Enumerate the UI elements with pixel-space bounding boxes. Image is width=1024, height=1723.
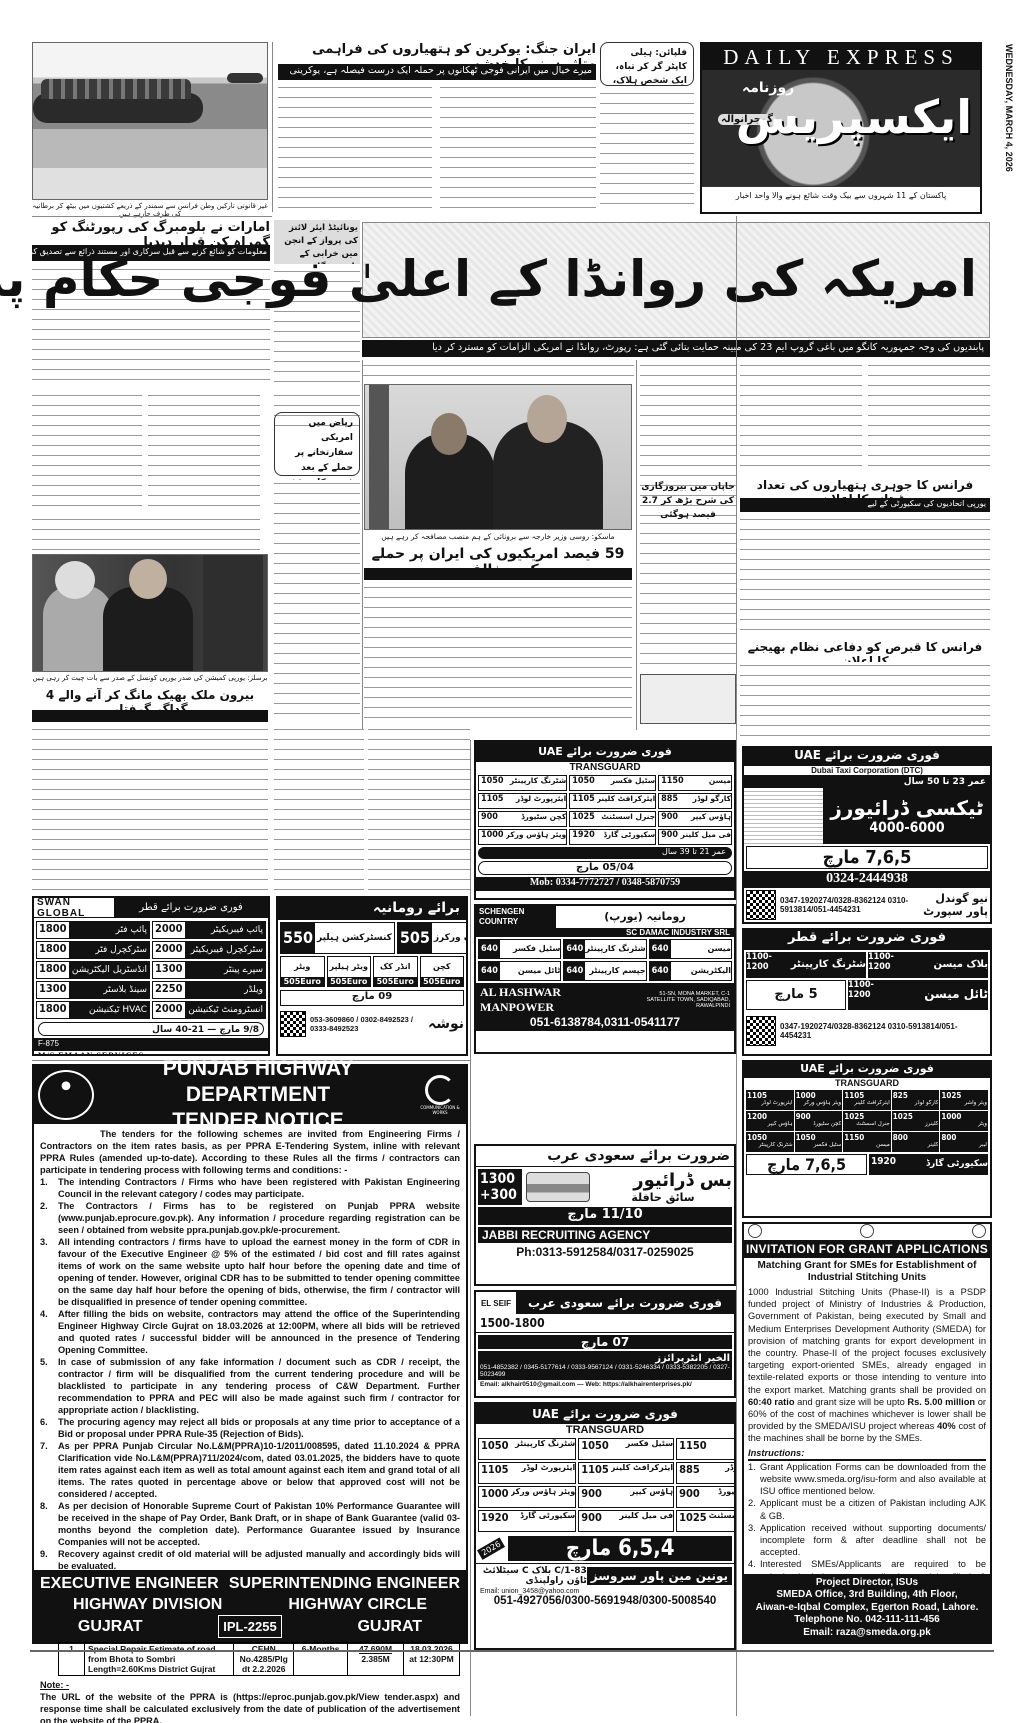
schengen-job: 640ٹائل میسن [478,961,561,981]
alseif-interview: 07 مارچ [478,1335,732,1349]
qr-code-icon [280,1011,306,1037]
schengen-job: 640الیکٹریشن [649,961,732,981]
romania-job: 550 کنسٹرکشن ہیلپر [280,922,395,954]
transguard-mid-job: 1150میسن [658,775,732,791]
dtc-interview: 7,6,5 مارچ [746,846,988,869]
swan-job: 1800HVAC ٹیکنیشن [36,1001,150,1019]
transguard-bottom-phones: 051-4927056/0300-5691948/0300-5008540 [476,1595,734,1607]
tender-intro: The tenders for the following schemes ar… [40,1128,460,1176]
tender-condition: 3.All intending contractors / firms have… [40,1236,460,1308]
swan-job: 2250ویلڈر [152,981,266,999]
tender-note-label: Note: - [40,1679,460,1691]
romania-phones: 053-3609860 / 0302-8492523 / 0333-849252… [310,1015,424,1033]
tender-footer-left-2: HIGHWAY DIVISION [73,1594,222,1615]
romania-footer: 053-3609860 / 0302-8492523 / 0333-849252… [278,1009,466,1039]
moody-story-box [640,674,736,724]
transguard-right-job: 1105ایئرپورٹ لوڈر [746,1090,794,1110]
tender-condition: 1.The intending Contractors / Firms who … [40,1176,460,1200]
transguard-bottom-job: 1000ویئر ہاؤس ورکر [478,1486,576,1508]
transguard-right-job: 900کچن سٹیورڈ [795,1111,843,1131]
romania-agency: نوشہ [428,1016,464,1032]
schengen-agency: AL HASHWAR MANPOWER [480,985,633,1015]
japan-story-headline: جاپان میں بیروزگاری کی شرح بڑھ کر 2.7 فی… [640,480,736,522]
ad-transguard-right: فوری ضرورت برائے UAE TRANSGUARD 1105ایئر… [742,1060,992,1218]
qatar-job: 1100-1200شٹرنگ کارپینٹر [746,952,866,978]
schengen-company: SC DAMAC INDUSTRY SRL [476,928,734,937]
romania-title: برائے رومانیہ [278,898,466,920]
tender-footer-left-3: GUJRAT [78,1616,143,1637]
france-story-sub: یورپی اتحادیوں کی سکیورٹی کے لیے [740,498,990,512]
saudi-bus-phones: Ph:0313-5912584/0317-0259025 [476,1245,734,1259]
ad-transguard-mid: فوری ضرورت برائے UAE TRANSGUARD 1050شٹرن… [474,740,736,900]
boat-photo [32,42,268,200]
transguard-mid-job: 1000ویئر ہاؤس ورکر [478,829,567,845]
transguard-right-job: 1025جنرل اسسٹنٹ [843,1111,891,1131]
transguard-mid-mobile: Mob: 0334-7772727 / 0348-5870759 [476,877,734,891]
tender-notice: PUNJAB HIGHWAY DEPARTMENT TENDER NOTICE … [32,1064,468,1644]
qatar-job: 1100-1200بلاک میسن [868,952,988,978]
transguard-bottom-year: 2026 [477,1537,505,1560]
transguard-bottom-job: 1105ایئرکرافٹ کلینر [578,1462,674,1484]
transguard-mid-company: TRANSGUARD [476,762,734,773]
isu-logo-icon [972,1224,986,1238]
brussels-photo-caption: برسلز: یورپی کمیشن کی صدر یورپی کونسل کے… [32,674,268,682]
tender-footer-right-1: SUPERINTENDING ENGINEER [229,1573,460,1594]
transguard-mid-job: 1105ایئرکرافٹ کلینر [569,793,656,809]
top-story-subhead: میرے خیال میں ایرانی فوجی ٹھکانوں پر حمل… [278,64,596,80]
dtc-title: فوری ضرورت برائے UAE [744,748,990,766]
transguard-mid-job: 1105ایئرپورٹ لوڈر [478,793,567,809]
transguard-mid-age: عمر 21 تا 39 سال [478,847,732,859]
tender-header: PUNJAB HIGHWAY DEPARTMENT TENDER NOTICE … [34,1066,466,1124]
ad-alseif: EL SEIF فوری ضرورت برائے سعودی عرب 1500-… [474,1290,736,1398]
dtc-contacts: 0347-1920274/0328-8362124 0310-5913814/0… [780,896,914,914]
poll-story-subhead [364,568,632,580]
romania-interview: 09 مارچ [280,990,464,1006]
smeda-logo-icon [860,1224,874,1238]
tender-condition: 2.The Contractors / Firms has to be regi… [40,1200,460,1236]
tender-condition: 8.As per decision of Honorable Supreme C… [40,1500,460,1548]
dtc-role: ٹیکسی ڈرائیورز [824,796,990,820]
smeda-contact: Project Director, ISUs SMEDA Office, 3rd… [744,1574,990,1643]
qatar-grid: 1100-1200شٹرنگ کارپینٹر 1100-1200بلاک می… [744,950,990,980]
transguard-mid-title: فوری ضرورت برائے UAE [476,742,734,762]
romania-small-job: ویٹر505Euro [280,956,325,987]
transguard-bottom-job: 900فی میل کلینر [578,1510,674,1532]
smeda-instruction: 1.Grant Application Forms can be downloa… [748,1461,986,1498]
transguard-right-job: 1025کلینرز [892,1111,940,1131]
ad-swan-qatar: SWAN GLOBAL فوری ضرورت برائے قطر 1800پائ… [32,896,270,1056]
transguard-mid-job: 900کچن سٹیورڈ [478,811,567,827]
schengen-job: 640میسن [649,939,732,959]
dtc-company: Dubai Taxi Corporation (DTC) [744,766,990,776]
transguard-right-job: 1050سٹیل فکسر [795,1132,843,1152]
dtc-age: عمر 23 تا 50 سال [744,776,990,788]
tender-logo-right: COMMUNICATION & WORKS [418,1105,462,1115]
qr-code-icon [746,890,776,920]
swan-job: 2000انسٹرومنٹ ٹیکنیشن [152,1001,266,1019]
beggars-story-subhead [32,710,268,722]
transguard-right-job: 1025ویئر واشر [940,1090,988,1110]
transguard-right-job: 800کلینر [892,1132,940,1152]
left-body-col-4 [32,516,260,552]
schengen-address: 51-SN, MONA MARKET, C-1 SATELLITE TOWN, … [633,991,730,1009]
transguard-bottom-company: TRANSGUARD [476,1424,734,1436]
dtc-salary-table [744,788,824,844]
transguard-bottom-job: 1025جنرل اسسٹنٹ [676,1510,736,1532]
top-story-body-col1 [278,84,432,208]
smeda-instruction: 2.Applicant must be a citizen of Pakista… [748,1497,986,1521]
romania-main-jobs: 550 کنسٹرکشن ہیلپر 505 پیکنگ ورکرز [278,920,466,956]
transguard-bottom-address: 83-C/1 بلاک C سیٹلائٹ ٹاؤن راولپنڈی [478,1566,587,1586]
swan-job: 2000پائپ فیبریکیٹر [152,921,266,939]
saudi-bus-role: بس ڈرائیور [594,1170,732,1191]
punjab-emblem-icon [38,1070,94,1120]
saudi-bus-role-ar: سائق حافلة [594,1191,732,1204]
transguard-mid-job: 885کارگو لوڈر [658,793,732,809]
swan-job: 1800سٹرکچرل فٹر [36,941,150,959]
transguard-bottom-job: 1150میسن [676,1438,736,1460]
ad-saudi-bus: ضرورت برائے سعودی عرب 1300 +300 بس ڈرائی… [474,1144,736,1286]
transguard-right-job: 825کارگو لوڈر [892,1090,940,1110]
romania-small-job: کچن ورکرز505Euro [420,956,465,987]
transguard-bottom-job: 900ہاؤس کیپر [578,1486,674,1508]
swan-interview: 9/8 مارچ — 21-40 سال [38,1022,264,1036]
smeda-banner: INVITATION FOR GRANT APPLICATIONS [744,1240,990,1258]
alseif-email: Email: alkhair0510@gmail.com — Web: http… [476,1380,734,1389]
masthead-brand-ur: ایکسپریس [736,90,972,144]
transguard-mid-job: 900فی میل کلینر [658,829,732,845]
alseif-title: فوری ضرورت برائے سعودی عرب [516,1292,734,1314]
tender-condition: 5.In case of submission of any fake info… [40,1356,460,1416]
tender-condition: 7.As per PPRA Punjab Circular No.L&M(PPR… [40,1440,460,1500]
transguard-mid-interview: 05/04 مارچ [478,861,732,875]
alseif-contact: الخیر انٹرپرائزز 051-4852382 / 0345-5177… [478,1351,732,1380]
transguard-bottom-job: 885کارگو لوڈر [676,1462,736,1484]
alseif-salary: 1500-1800 [476,1314,734,1333]
transguard-bottom-job: 1050سٹیل فکسر [578,1438,674,1460]
saudi-bus-title: ضرورت برائے سعودی عرب [476,1146,734,1167]
swan-logo: SWAN GLOBAL [34,897,114,919]
cw-logo-icon [425,1075,455,1105]
moscow-photo [364,384,632,530]
schengen-agency-block: AL HASHWAR MANPOWER 51-SN, MONA MARKET, … [476,983,734,1031]
left-body-col-1 [32,392,142,512]
schengen-country: رومانیہ (یورپ) [556,906,734,928]
schengen-job: 640جپسم کارپینٹر [563,961,646,981]
transguard-bottom-job: 1050شٹرنگ کارپینٹر [478,1438,576,1460]
transguard-bottom-interview: 6,5,4 مارچ [508,1536,732,1561]
ad-schengen: SCHENGEN COUNTRY رومانیہ (یورپ) SC DAMAC… [474,904,736,1054]
qatar-interview: 5 مارچ [746,980,846,1010]
masthead-tagline: پاکستان کے 11 شہروں سے بیک وقت شائع ہونے… [702,186,980,204]
transguard-right-job: 1105ایئرکرافٹ کلینر [843,1090,891,1110]
transguard-bottom-agency: یونین مین پاور سروسز [587,1567,732,1585]
schengen-grid: 640سٹیل فکسر 640شٹرنگ کارپینٹر 640میسن 6… [476,937,734,983]
transguard-right-job: 1000ویئر ہاؤس ورکر [795,1090,843,1110]
saudi-bus-interview: 11/10 مارچ [478,1207,732,1225]
transguard-mid-job: 900ہاؤس کیپر [658,811,732,827]
tender-condition: 9.Recovery against credit of old materia… [40,1548,460,1572]
transguard-bottom-grid: 1050شٹرنگ کارپینٹر 1050سٹیل فکسر 1150میس… [476,1436,734,1534]
ad-dtc-agency: 0347-1920274/0328-8362124 0310-5913814/0… [742,886,992,924]
swan-job: 1300سینڈ بلاسٹر [36,981,150,999]
smeda-title: Matching Grant for SMEs for Establishmen… [744,1258,990,1286]
gov-emblem-icon [748,1224,762,1238]
moscow-photo-caption: ماسکو: روسی وزیر خارجہ سے برونائی کے ہم … [364,532,632,541]
tender-note: The URL of the website of the PPRA is (h… [40,1691,460,1723]
tender-footer-left-1: EXECUTIVE ENGINEER [40,1573,219,1594]
left-body-col-2 [148,392,260,512]
transguard-bottom-job: 1105ایئرپورٹ لوڈر [478,1462,576,1484]
transguard-bottom-email: Email: union_3458@yahoo.com [476,1588,734,1595]
schengen-title: SCHENGEN COUNTRY [476,906,556,928]
swan-job: 2000سٹرکچرل فیبریکیٹر [152,941,266,959]
bus-icon [526,1172,590,1202]
romania-small-job: انڈر کک505Euro [373,956,418,987]
dtc-agency: نیو گوندل پاور سپورٹ [918,892,988,918]
schengen-job: 640شٹرنگ کارپینٹر [563,939,646,959]
swan-job: 1300سپرے پینٹر [152,961,266,979]
tender-ipl: IPL-2255 [218,1615,281,1638]
ad-transguard-bottom: فوری ضرورت برائے UAE TRANSGUARD 1050شٹرن… [474,1402,736,1650]
tender-condition: 4.After filling the bids on website, con… [40,1308,460,1356]
transguard-right-job: 1000ویٹر [940,1111,988,1131]
alseif-agency: الخیر انٹرپرائزز [480,1353,730,1364]
transguard-right-job: 1200ہاؤس کیپر [746,1111,794,1131]
qatar-contacts: 0347-1920274/0328-8362124 0310-5913814/0… [780,1022,988,1040]
tender-condition: 6.The procuring agency may reject all bi… [40,1416,460,1440]
transguard-right-interview: 7,6,5 مارچ [746,1154,867,1175]
tender-department: PUNJAB HIGHWAY DEPARTMENT [98,1056,418,1108]
transguard-bottom-title: فوری ضرورت برائے UAE [476,1404,734,1424]
tender-footer-right-3: GUJRAT [357,1616,422,1637]
transguard-mid-job: 1050شٹرنگ کارپینٹر [478,775,567,791]
swan-job-grid: 1800پائپ فٹر 2000پائپ فیبریکیٹر 1800سٹرک… [34,918,268,1022]
lead-body-top-center [362,362,634,382]
tender-footer-right-2: HIGHWAY CIRCLE [288,1594,427,1615]
schengen-phones: 051-6138784,0311-0541177 [480,1015,730,1029]
schengen-job: 640سٹیل فکسر [478,939,561,959]
table-row: 1 Special Repair Estimate of road from B… [59,1643,460,1676]
transguard-mid-job: 1050سٹیل فکسر [569,775,656,791]
alseif-phones: 051-4852382 / 0345-5177614 / 0333-956712… [480,1364,730,1378]
transguard-right-job: 1050شٹرنگ کارپینٹر [746,1132,794,1152]
japan-story-body [640,520,736,670]
romania-small-job: ویٹر ہیلپر505Euro [327,956,372,987]
swan-title: فوری ضرورت برائے قطر [114,898,268,918]
cyprus-story-body [740,662,990,738]
smeda-instructions-label: Instructions: [748,1447,986,1461]
riyadh-story-body [274,480,360,720]
masthead-logo: روزنامہ گوجرانوالہ ایکسپریس [702,70,980,186]
transguard-right-grid: 1105ایئرپورٹ لوڈر 1000ویئر ہاؤس ورکر 110… [744,1088,990,1154]
dtc-salary: 4000-6000 [824,820,990,836]
saudi-bus-salary: 1300 +300 [478,1169,522,1205]
romania-job: 505 پیکنگ ورکرز [397,922,468,954]
beggars-story-body [32,726,268,894]
lead-body-right-2 [740,362,862,472]
masthead-brand-en: DAILY EXPRESS [702,44,980,70]
mid-body-center [368,726,470,894]
smeda-instruction: 3.Application received without supportin… [748,1522,986,1559]
poll-story-body [364,584,632,724]
transguard-right-title: فوری ضرورت برائے UAE [744,1062,990,1078]
france-story-body [740,516,990,636]
transguard-bottom-job: 1920سکیورٹی گارڈ [478,1510,576,1532]
lead-body-right-1 [868,362,990,466]
transguard-mid-job: 1920سکیورٹی گارڈ [569,829,656,845]
saudi-bus-agency: JABBI RECRUITING AGENCY [478,1227,732,1243]
swan-job: 1800انڈسٹریل الیکٹریشن [36,961,150,979]
brussels-photo [32,554,268,672]
smeda-notice: INVITATION FOR GRANT APPLICATIONS Matchi… [742,1222,992,1644]
qatar-title: فوری ضرورت برائے قطر [744,930,990,950]
dtc-phone: 0324-2444938 [744,871,990,886]
smeda-email: Email: raza@smeda.org.pk [746,1627,988,1640]
transguard-right-job: 1920سکیورٹی گارڈ [869,1154,988,1175]
qr-code-icon [746,1016,776,1046]
top-story-body-col2 [440,84,596,208]
swan-job: 1800پائپ فٹر [36,921,150,939]
alseif-logo: EL SEIF [476,1299,516,1308]
mid-body-left [274,726,364,894]
smeda-body: 1000 Industrial Stitching Units (Phase-I… [748,1286,986,1445]
riyadh-story-headline: ریاض میں امریکی سفارتخانے پر حملے کے بعد… [274,412,360,476]
lead-strap: پابندیوں کی وجہ جمہوریہ کانگو میں باغی گ… [362,340,990,357]
romania-small-jobs: ویٹر505Euro ویٹر ہیلپر505Euro انڈر کک505… [278,956,466,987]
side-story-headline: فلپائن: ہیلی کاپٹر گر کر تباہ، ایک شخص ہ… [600,42,694,86]
transguard-right-company: TRANSGUARD [744,1078,990,1088]
ad-qatar: فوری ضرورت برائے قطر 1100-1200شٹرنگ کارپ… [742,928,992,1056]
transguard-right-job: 800لیبر [940,1132,988,1152]
side-story-body [600,90,694,208]
qatar-job: 1100-1200ٹائل میسن [848,980,988,1010]
ad-dtc-taxi: فوری ضرورت برائے UAE Dubai Taxi Corporat… [742,746,992,886]
transguard-right-job: 1150میسن [843,1132,891,1152]
swan-license: F-875 [34,1038,268,1051]
lead-headline: امریکہ کی روانڈا کے اعلیٰ فوجی حکام پر پ… [363,223,989,335]
masthead: DAILY EXPRESS روزنامہ گوجرانوالہ ایکسپری… [700,42,982,214]
transguard-mid-grid: 1050شٹرنگ کارپینٹر 1050سٹیل فکسر 1150میس… [476,773,734,847]
ad-romania: برائے رومانیہ 550 کنسٹرکشن ہیلپر 505 پیک… [276,896,468,1056]
transguard-bottom-job: 900کچن سٹیورڈ [676,1486,736,1508]
tender-footer: EXECUTIVE ENGINEER SUPERINTENDING ENGINE… [34,1570,466,1642]
masthead-date: WEDNESDAY, MARCH 4, 2026 [1000,44,1014,172]
transguard-mid-job: 1025جنرل اسسٹنٹ [569,811,656,827]
lead-headline-box: امریکہ کی روانڈا کے اعلیٰ فوجی حکام پر پ… [362,222,990,338]
